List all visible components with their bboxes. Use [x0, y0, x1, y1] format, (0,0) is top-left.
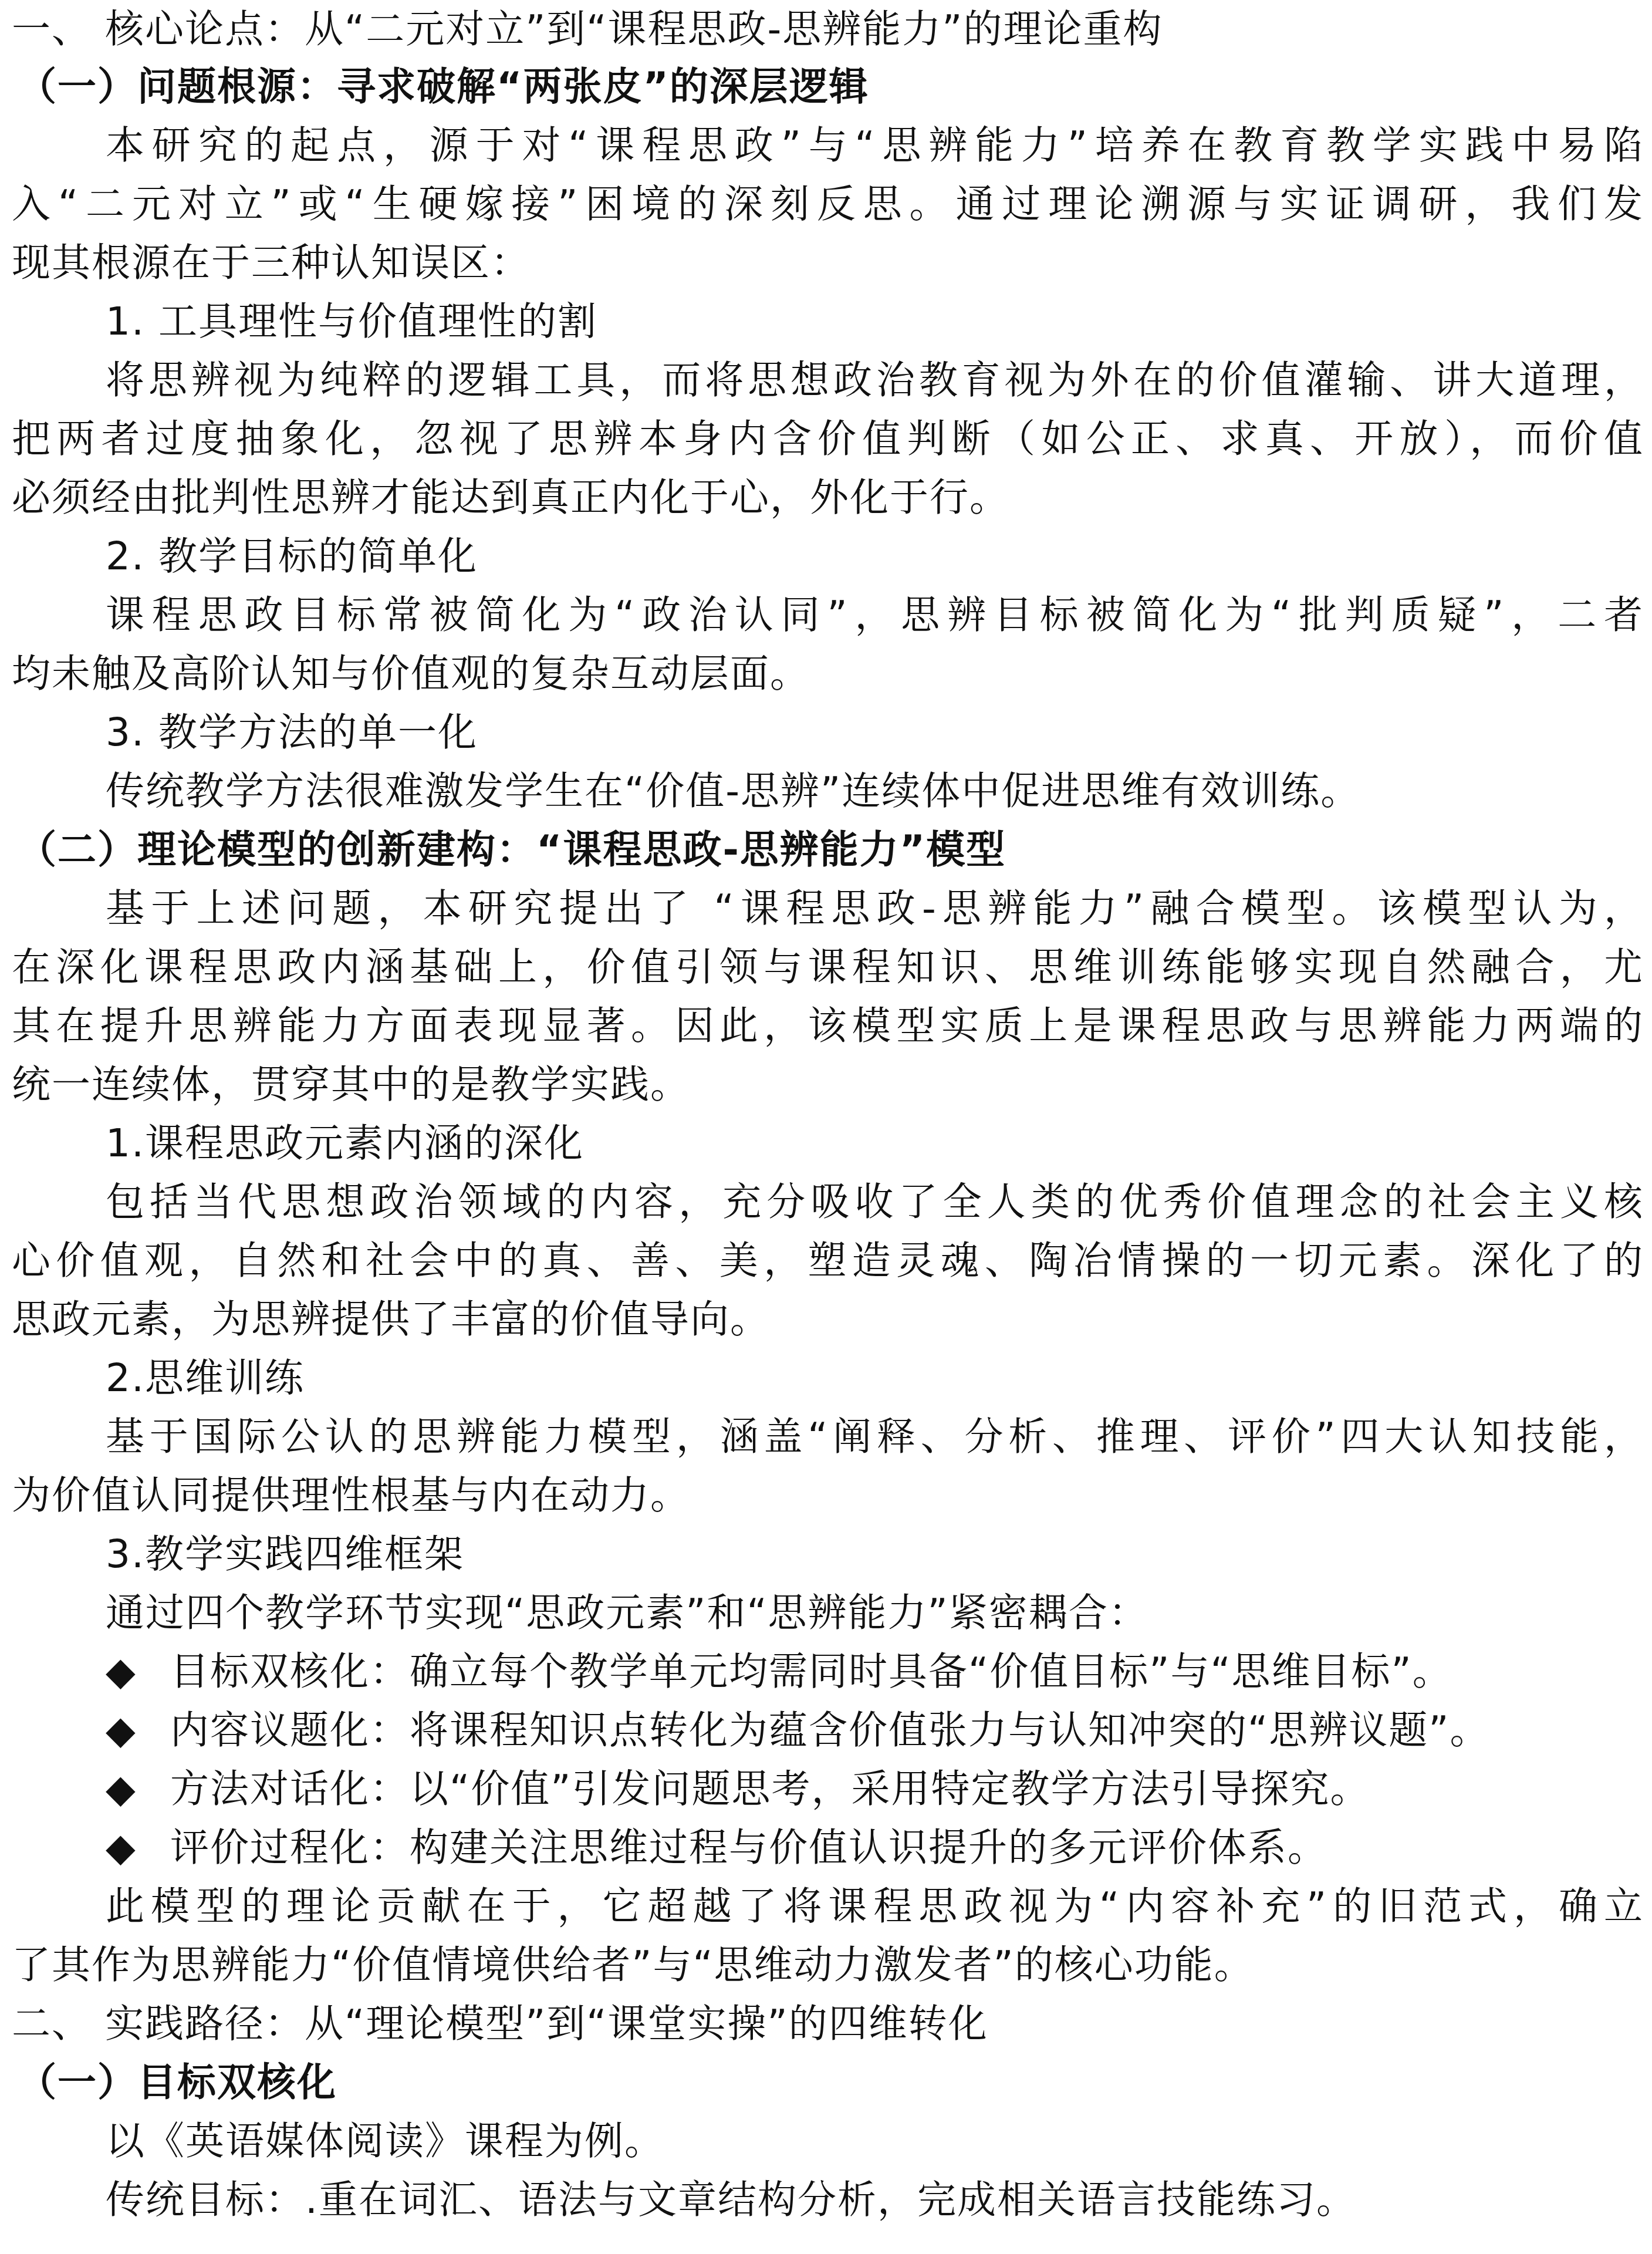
paragraph-line: 必须经由批判性思辨才能达到真正内化于心，外化于行。 [12, 468, 1644, 527]
diamond-bullet-icon: ◆ [106, 1642, 170, 1701]
heading-subsection-1-1: （一）问题根源：寻求破解“两张皮”的深层逻辑 [18, 58, 1644, 116]
bullet-item: ◆内容议题化：将课程知识点转化为蕴含价值张力与认知冲突的“思辨议题”。 [106, 1701, 1644, 1760]
paragraph-line: 把两者过度抽象化，忽视了思辨本身内含价值判断（如公正、求真、开放），而价值 [12, 410, 1644, 468]
numbered-heading: 3.教学实践四维框架 [106, 1525, 1644, 1584]
bullet-item: ◆评价过程化：构建关注思维过程与价值认识提升的多元评价体系。 [106, 1818, 1644, 1877]
paragraph-line: 思政元素，为思辨提供了丰富的价值导向。 [12, 1290, 1644, 1349]
paragraph-line: 传统教学方法很难激发学生在“价值-思辨”连续体中促进思维有效训练。 [106, 762, 1644, 821]
heading-subsection-1-2: （二）理论模型的创新建构：“课程思政-思辨能力”模型 [18, 821, 1644, 879]
paragraph-line: 课程思政目标常被简化为“政治认同”，思辨目标被简化为“批判质疑”，二者 [106, 586, 1644, 645]
paragraph-line: 其在提升思辨能力方面表现显著。因此，该模型实质上是课程思政与思辨能力两端的 [12, 997, 1644, 1055]
paragraph-line: 统一连续体，贯穿其中的是教学实践。 [12, 1055, 1644, 1114]
numbered-heading: 2.思维训练 [106, 1349, 1644, 1408]
heading-section-2: 二、 实践路径：从“理论模型”到“课堂实操”的四维转化 [12, 1995, 1644, 2053]
bullet-text: 方法对话化：以“价值”引发问题思考，采用特定教学方法引导探究。 [170, 1766, 1370, 1811]
paragraph-line: 为价值认同提供理性根基与内在动力。 [12, 1466, 1644, 1525]
paragraph-line: 包括当代思想政治领域的内容，充分吸收了全人类的优秀价值理念的社会主义核 [106, 1173, 1644, 1231]
diamond-bullet-icon: ◆ [106, 1701, 170, 1760]
paragraph-line: 入“二元对立”或“生硬嫁接”困境的深刻反思。通过理论溯源与实证调研，我们发 [12, 175, 1644, 234]
bullet-item: ◆方法对话化：以“价值”引发问题思考，采用特定教学方法引导探究。 [106, 1760, 1644, 1818]
paragraph-line: 将思辨视为纯粹的逻辑工具，而将思想政治教育视为外在的价值灌输、讲大道理， [106, 351, 1644, 410]
paragraph-line: 基于上述问题，本研究提出了 “课程思政-思辨能力”融合模型。该模型认为， [106, 879, 1644, 938]
bullet-item: ◆目标双核化：确立每个教学单元均需同时具备“价值目标”与“思维目标”。 [106, 1642, 1644, 1701]
bullet-text: 评价过程化：构建关注思维过程与价值认识提升的多元评价体系。 [170, 1825, 1327, 1870]
paragraph-line: 此模型的理论贡献在于，它超越了将课程思政视为“内容补充”的旧范式，确立 [106, 1877, 1644, 1936]
paragraph-line: 了其作为思辨能力“价值情境供给者”与“思维动力激发者”的核心功能。 [12, 1936, 1644, 1995]
numbered-heading: 1.课程思政元素内涵的深化 [106, 1114, 1644, 1173]
paragraph-line: 通过四个教学环节实现“思政元素”和“思辨能力”紧密耦合： [106, 1584, 1644, 1642]
diamond-bullet-icon: ◆ [106, 1760, 170, 1818]
heading-subsection-2-1: （一）目标双核化 [18, 2053, 1644, 2112]
document-page: 一、 核心论点：从“二元对立”到“课程思政-思辨能力”的理论重构 （一）问题根源… [0, 0, 1652, 2254]
paragraph-line: 基于国际公认的思辨能力模型，涵盖“阐释、分析、推理、评价”四大认知技能， [106, 1408, 1644, 1466]
heading-section-1: 一、 核心论点：从“二元对立”到“课程思政-思辨能力”的理论重构 [12, 0, 1644, 59]
paragraph-line: 现其根源在于三种认知误区： [12, 234, 1644, 292]
diamond-bullet-icon: ◆ [106, 1818, 170, 1877]
numbered-heading: 3. 教学方法的单一化 [106, 703, 1644, 762]
paragraph-line: 心价值观，自然和社会中的真、善、美，塑造灵魂、陶冶情操的一切元素。深化了的 [12, 1231, 1644, 1290]
paragraph-line: 本研究的起点，源于对“课程思政”与“思辨能力”培养在教育教学实践中易陷 [106, 116, 1644, 175]
paragraph-line: 在深化课程思政内涵基础上，价值引领与课程知识、思维训练能够实现自然融合，尤 [12, 938, 1644, 997]
bullet-text: 目标双核化：确立每个教学单元均需同时具备“价值目标”与“思维目标”。 [170, 1649, 1452, 1694]
numbered-heading: 2. 教学目标的简单化 [106, 527, 1644, 586]
paragraph-line: 以《英语媒体阅读》课程为例。 [106, 2112, 1644, 2171]
bullet-text: 内容议题化：将课程知识点转化为蕴含价值张力与认知冲突的“思辨议题”。 [170, 1708, 1489, 1753]
numbered-heading: 1. 工具理性与价值理性的割 [106, 292, 1644, 351]
paragraph-line: 均未触及高阶认知与价值观的复杂互动层面。 [12, 645, 1644, 703]
paragraph-line: 传统目标：.重在词汇、语法与文章结构分析，完成相关语言技能练习。 [106, 2171, 1644, 2229]
